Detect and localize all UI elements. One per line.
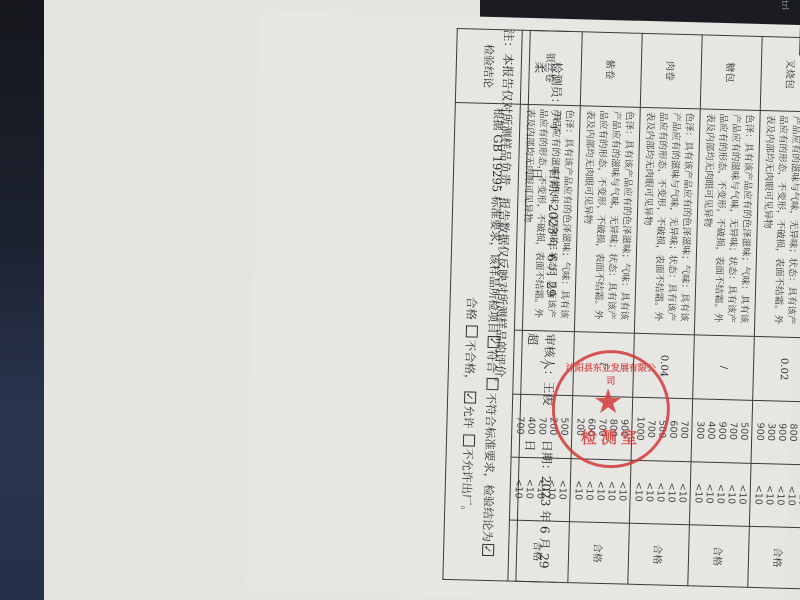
- star-icon: ★: [593, 385, 623, 419]
- measured-value: 0.02: [753, 337, 800, 402]
- limit-value: <10: [752, 468, 764, 522]
- sensory-description: 色泽：具有该产品应有的色泽滋味；气味：具有该产品应有的滋味与气味，无异味；状态：…: [694, 108, 760, 336]
- count-value: 800: [787, 405, 799, 459]
- limit-value: <10: [632, 464, 644, 518]
- reviewer-date: 日期：2023 年 6 月 29 日: [519, 439, 557, 581]
- sensory-description: 色泽：具有该产品应有的色泽滋味；气味：具有该产品应有的滋味与气味，无异味；状态：…: [574, 105, 640, 333]
- limit-value: <10: [594, 463, 606, 517]
- coliform-limits: <10<10<10<10<10: [629, 460, 691, 525]
- product-name: 叉烧包: [760, 37, 800, 112]
- sensory-description: 色泽：具有该产品应有的色泽滋味；气味：具有该产品应有的滋味与气味，无异味；状态：…: [634, 107, 700, 335]
- label-disallow: 不允许出厂。: [459, 448, 475, 517]
- limit-value: <10: [605, 464, 617, 518]
- count-value: 700: [678, 402, 690, 456]
- limit-value: <10: [583, 463, 595, 517]
- reviewer-label: 审核人：: [542, 333, 557, 381]
- limit-value: <10: [616, 464, 628, 518]
- background-dark-surface: [0, 0, 44, 600]
- limit-value: <10: [763, 468, 775, 522]
- label-fail: 不合格，: [462, 339, 477, 385]
- keyboard-key-label: 控制 Ctrl: [779, 0, 792, 10]
- product-name: 糖包: [700, 35, 762, 110]
- label-allow: 允许: [461, 405, 476, 428]
- label-pass: 合格: [464, 297, 479, 320]
- inspector-date: 日期：2023 年 6 月 29 日: [526, 167, 564, 309]
- count-value: 900: [754, 404, 766, 458]
- colony-counts: 700800900300900: [751, 400, 800, 465]
- inspector: 检测员：尹子柔: [530, 61, 566, 144]
- limit-value: <10: [785, 468, 797, 522]
- result: 合格: [748, 526, 800, 589]
- coliform-limits: <10<10<10<10<10: [569, 458, 631, 523]
- count-value: 900: [776, 405, 788, 459]
- limit-value: <10: [774, 468, 786, 522]
- sensory-description: 色泽：具有该产品应有的色泽滋味；气味：具有该产品应有的滋味与气味，无异味；状态：…: [754, 110, 800, 338]
- limit-value: <10: [665, 465, 677, 519]
- product-name: 紫卷: [580, 32, 642, 107]
- count-value: 300: [694, 403, 706, 457]
- limit-value: <10: [676, 466, 688, 520]
- label-nonconform: 不符合标准要求，检验结论为: [480, 392, 498, 542]
- limit-value: <10: [692, 466, 704, 520]
- limit-value: <10: [643, 465, 655, 519]
- count-value: 900: [716, 403, 728, 457]
- limit-value: <10: [654, 465, 666, 519]
- product-name: 肉卷: [640, 33, 702, 108]
- date1-label: 日期：: [547, 168, 562, 204]
- date2-label: 日期：: [540, 440, 555, 476]
- official-seal: 沭阳县东业发展有限公司 ★ 检测室: [552, 350, 670, 468]
- seal-dept-text: 检测室: [555, 425, 667, 448]
- checkbox-pass[interactable]: [482, 544, 494, 556]
- result: 合格: [568, 521, 630, 584]
- limit-value: <10: [725, 467, 737, 521]
- coliform-limits: <10<10<10<10<10: [749, 463, 800, 528]
- count-value: 500: [738, 404, 750, 458]
- result: 合格: [688, 525, 750, 588]
- count-value: 400: [705, 403, 717, 457]
- checkbox-fail[interactable]: [466, 326, 478, 338]
- coliform-limits: <10<10<10<10<10: [689, 461, 751, 526]
- limit-value: <10: [736, 467, 748, 521]
- count-value: 700: [727, 404, 739, 458]
- limit-value: <10: [572, 463, 584, 517]
- checkbox-disallow[interactable]: [463, 434, 475, 446]
- colony-counts: 500700900400300: [691, 398, 753, 463]
- count-value: 300: [765, 405, 777, 459]
- inspector-label: 检测员：: [549, 61, 564, 109]
- report-page: 糖卷色泽：具有该产品应有的色泽滋味；气味：具有该产品应有的滋味与气味，无异味；状…: [245, 11, 800, 600]
- measured-value: /: [693, 335, 755, 400]
- limit-value: <10: [714, 467, 726, 521]
- result: 合格: [628, 523, 690, 586]
- limit-value: <10: [703, 466, 715, 520]
- checkbox-allow[interactable]: [464, 391, 476, 403]
